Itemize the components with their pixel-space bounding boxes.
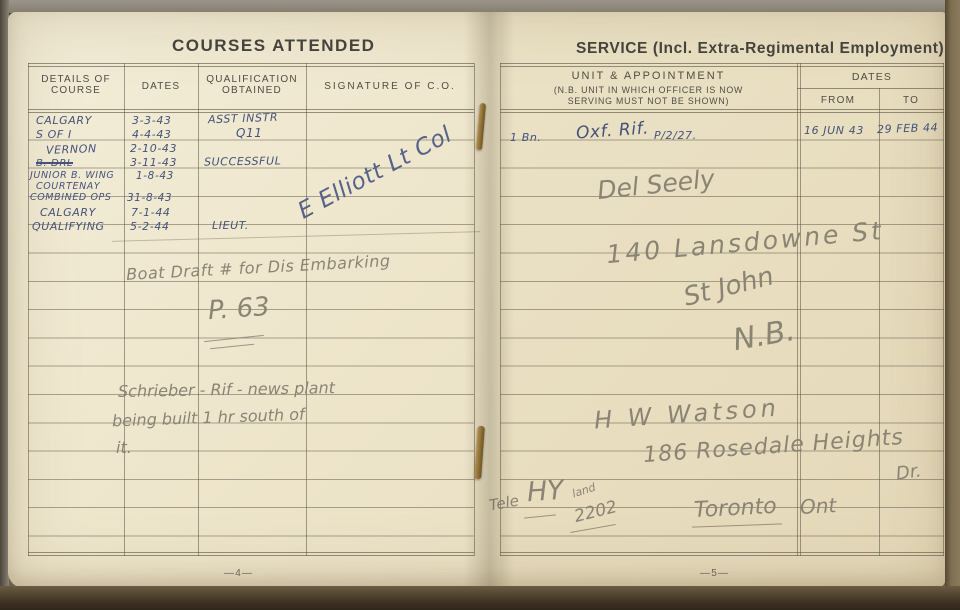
entry-date: 31-8-43 xyxy=(127,192,172,204)
column-header-signature: SIGNATURE OF C.O. xyxy=(306,81,474,92)
rule-line xyxy=(28,555,474,556)
service-book-scan: COURSES ATTENDED DETAILS OF COURSE DATES… xyxy=(0,0,960,610)
entry-course: CALGARY xyxy=(40,206,96,219)
entry-qual: ASST INSTR xyxy=(208,111,279,126)
entry-qual: Q11 xyxy=(236,126,263,140)
rule-line xyxy=(28,63,474,64)
cover-edge-right xyxy=(945,0,960,610)
rule-line xyxy=(500,66,944,67)
right-page-number: —5— xyxy=(700,568,729,579)
entry-course: S OF I xyxy=(36,128,72,141)
column-header-dates: DATES xyxy=(124,81,198,92)
cover-edge-bottom xyxy=(0,586,960,610)
entry-qual: LIEUT. xyxy=(212,219,249,232)
rule-line xyxy=(500,552,944,553)
pencil-note-schrieber-3: it. xyxy=(116,438,132,457)
rule-line xyxy=(500,63,944,64)
entry-course-struck: B. DRL xyxy=(36,158,73,169)
entry-course: CALGARY xyxy=(36,114,92,127)
service-date-from: 16 JUN 43 xyxy=(804,124,864,137)
column-header-unit: UNIT & APPOINTMENT xyxy=(500,70,797,82)
entry-date: 2-10-43 xyxy=(130,142,177,155)
entry-date: 3-11-43 xyxy=(130,156,177,169)
pencil-note-schrieber-1: Schrieber - Rif - news plant xyxy=(118,378,335,401)
entry-course: COMBINED OPS xyxy=(30,192,112,203)
pencil-note-p63: P. 63 xyxy=(207,292,271,326)
rule-line xyxy=(500,555,944,556)
entry-course: VERNON xyxy=(46,142,97,157)
column-header-qualification: QUALIFICATION OBTAINED xyxy=(198,74,306,96)
center-fold-shadow xyxy=(464,12,514,586)
rule-line xyxy=(797,88,944,89)
entry-course: COURTENAY xyxy=(36,181,100,192)
pencil-province-ont: Ont xyxy=(799,493,836,519)
entry-date: 5-2-44 xyxy=(130,220,170,233)
right-page-title: SERVICE (Incl. Extra-Regimental Employme… xyxy=(576,40,944,58)
left-page-number: —4— xyxy=(224,568,253,579)
entry-course: QUALIFYING xyxy=(32,220,105,233)
unit-note-line2: SERVING MUST NOT BE SHOWN) xyxy=(500,96,797,106)
pencil-tele-exchange: HY xyxy=(526,475,565,508)
pencil-address-rosedale-dr: Dr. xyxy=(895,460,923,484)
entry-date: 1-8-43 xyxy=(136,170,174,182)
rule-line xyxy=(28,109,474,110)
rule-line xyxy=(28,552,474,553)
service-date-to: 29 FEB 44 xyxy=(877,121,939,136)
service-unit-part1: 1 Bn. xyxy=(510,131,542,144)
entry-course: JUNIOR B. WING xyxy=(30,170,114,181)
left-page-title: COURSES ATTENDED xyxy=(172,36,375,56)
entry-qual: SUCCESSFUL xyxy=(204,154,282,168)
column-header-dates-right: DATES xyxy=(801,71,943,83)
column-header-details: DETAILS OF COURSE xyxy=(28,74,124,96)
rule-line xyxy=(500,109,944,110)
entry-date: 7-1-44 xyxy=(131,206,171,219)
pencil-city-toronto: Toronto xyxy=(693,494,777,523)
column-header-to: TO xyxy=(879,95,943,106)
entry-date: 4-4-43 xyxy=(132,128,172,141)
ruled-rows-right xyxy=(500,112,944,552)
entry-date: 3-3-43 xyxy=(132,114,172,127)
rule-line xyxy=(28,66,474,67)
column-header-from: FROM xyxy=(797,95,879,106)
unit-note-line1: (N.B. UNIT IN WHICH OFFICER IS NOW xyxy=(500,85,797,95)
service-unit-part3: P/2/27. xyxy=(654,129,697,142)
